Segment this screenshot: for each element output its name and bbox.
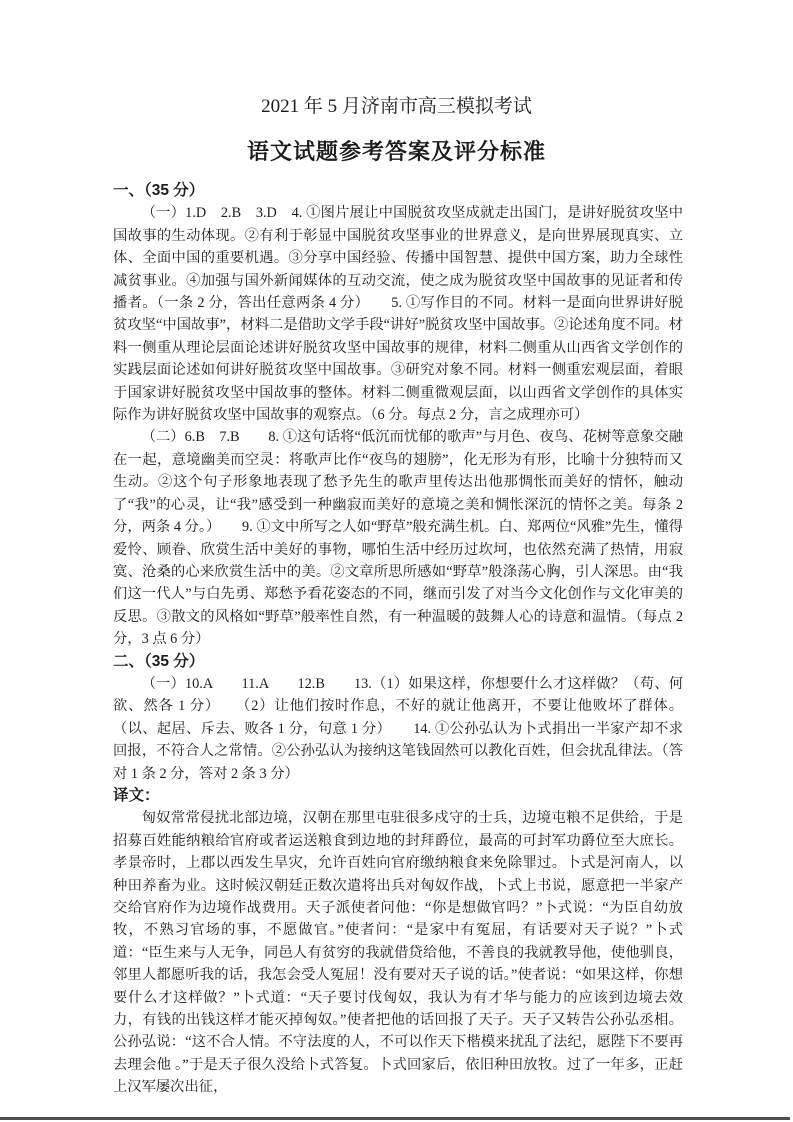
section-1-answers-part-2: （二）6.B 7.B 8. ①这句话将“低沉而忧郁的歌声”与月色、夜鸟、花树等意… [113,426,683,650]
doc-subtitle: 语文试题参考答案及评分标准 [0,137,793,167]
page-bottom-edge [0,1117,790,1120]
translation-paragraph: 匈奴常常侵扰北部边境，汉朝在那里屯驻很多戍守的士兵，边境屯粮不足供给，于是招募百… [113,807,683,1098]
document-body: 一、（35 分） （一）1.D 2.B 3.D 4. ①图片展让中国脱贫攻坚成就… [113,180,683,1099]
section-2-answers: （一）10.A 11.A 12.B 13.（1）如果这样，你想要什么才这样做？（… [113,673,683,785]
section-2-heading: 二、（35 分） [113,651,683,673]
section-1-answers-part-1: （一）1.D 2.B 3.D 4. ①图片展让中国脱贫攻坚成就走出国门，是讲好脱… [113,202,683,426]
translation-heading: 译文： [113,785,683,807]
doc-title: 2021 年 5 月济南市高三模拟考试 [0,94,793,120]
document-page: 2021 年 5 月济南市高三模拟考试 语文试题参考答案及评分标准 一、（35 … [0,0,793,1122]
section-1-heading: 一、（35 分） [113,180,683,202]
